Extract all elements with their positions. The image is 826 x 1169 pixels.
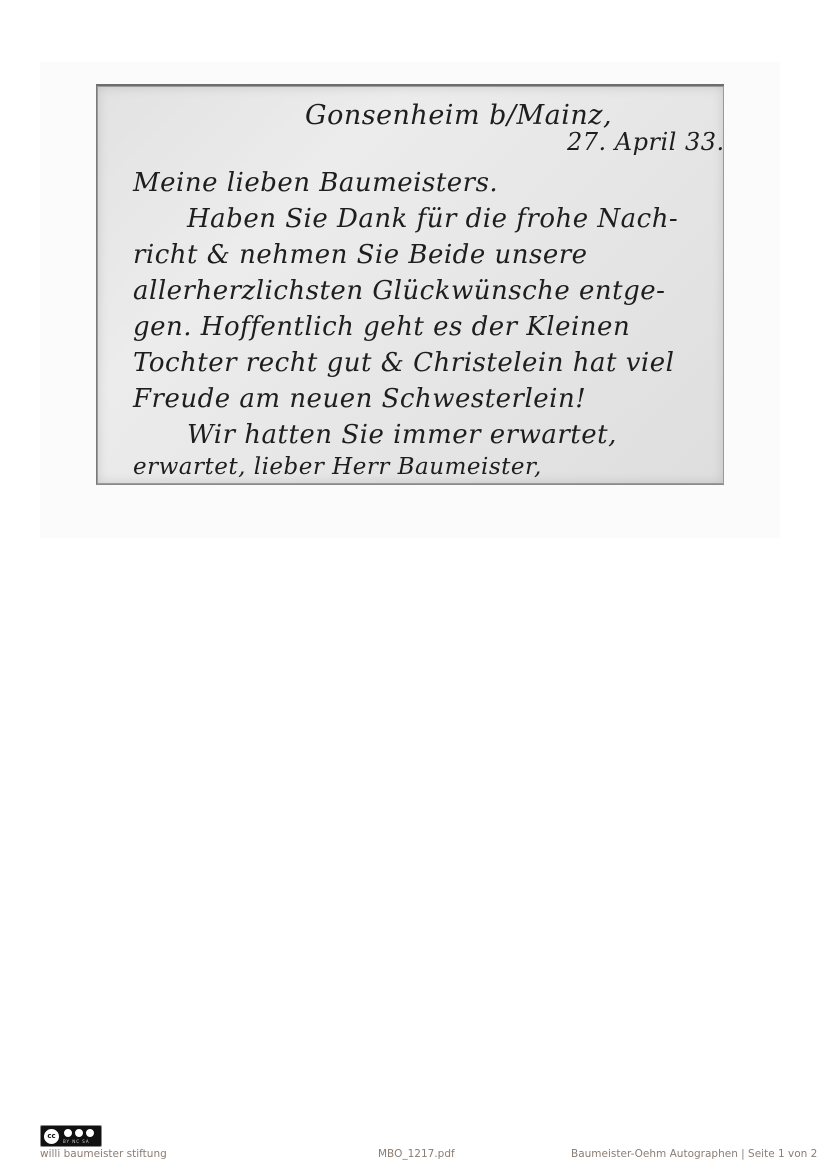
letter-line: Haben Sie Dank für die frohe Nach-	[187, 204, 678, 234]
letter-date: 27. April 33.	[567, 128, 725, 156]
cc-icon: cc	[43, 1128, 60, 1145]
by-icon	[63, 1128, 73, 1138]
cc-by-nc-sa-icon: cc BY NC SA	[40, 1125, 102, 1147]
letter-line: Freude am neuen Schwesterlein!	[133, 384, 586, 414]
handwritten-postcard: Gonsenheim b/Mainz, 27. April 33. Meine …	[96, 84, 724, 485]
letter-line: Wir hatten Sie immer erwartet,	[187, 420, 617, 450]
letter-line: richt & nehmen Sie Beide unsere	[133, 240, 588, 270]
license-label: BY NC SA	[63, 1139, 95, 1144]
letter-place: Gonsenheim b/Mainz,	[305, 100, 612, 131]
nc-icon	[74, 1128, 84, 1138]
letter-line: gen. Hoffentlich geht es der Kleinen	[133, 312, 630, 342]
letter-line: allerherzlichsten Glückwünsche entge-	[133, 276, 665, 306]
publisher-name: willi baumeister stiftung	[40, 1148, 167, 1160]
letter-salutation: Meine lieben Baumeisters.	[133, 168, 498, 198]
sa-icon	[85, 1128, 95, 1138]
letter-line: erwartet, lieber Herr Baumeister,	[133, 454, 542, 480]
file-name: MBO_1217.pdf	[378, 1148, 455, 1160]
letter-line: Tochter recht gut & Christelein hat viel	[133, 348, 674, 378]
collection-page-info: Baumeister-Oehm Autographen | Seite 1 vo…	[571, 1148, 817, 1160]
